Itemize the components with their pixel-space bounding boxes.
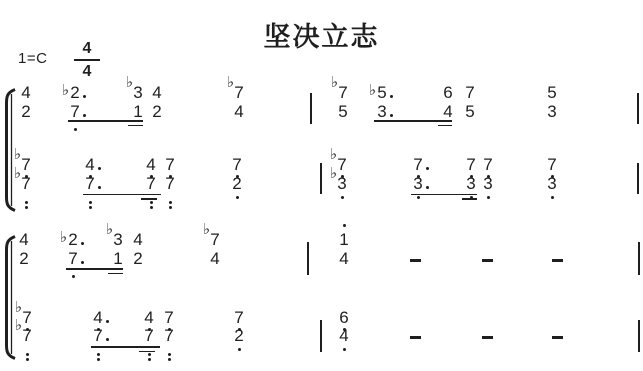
note: 7♭ bbox=[338, 84, 348, 101]
note: 7♭ bbox=[234, 84, 244, 101]
note: 4 bbox=[19, 231, 29, 248]
duration-dot bbox=[426, 167, 429, 170]
note: 4 bbox=[146, 156, 156, 173]
barline bbox=[307, 242, 309, 275]
note: 7 bbox=[144, 327, 154, 344]
octave-dot-low bbox=[168, 358, 171, 361]
flat-sign: ♭ bbox=[227, 75, 234, 90]
note: 4 bbox=[21, 84, 31, 101]
duration-dot bbox=[83, 95, 86, 98]
note: 5♭ bbox=[377, 84, 387, 101]
duration-dot bbox=[106, 320, 109, 323]
note: 7 bbox=[547, 156, 557, 173]
time-signature-numerator: 4 bbox=[74, 39, 100, 58]
note: 2 bbox=[133, 250, 143, 267]
beam-line bbox=[438, 125, 452, 127]
note: 7 bbox=[483, 156, 493, 173]
barline bbox=[638, 320, 640, 352]
duration-dot bbox=[390, 95, 393, 98]
note: 4 bbox=[234, 103, 244, 120]
note: 2♭ bbox=[68, 231, 78, 248]
flat-sign: ♭ bbox=[60, 230, 67, 245]
note: 7♭ bbox=[22, 309, 32, 326]
octave-dot-low bbox=[72, 275, 75, 278]
beam-line bbox=[462, 198, 477, 200]
octave-dot-high bbox=[343, 224, 346, 227]
note: 2 bbox=[232, 175, 242, 192]
key-signature: 1=C bbox=[18, 50, 47, 67]
octave-dot-low bbox=[343, 348, 346, 351]
note: 3♭ bbox=[337, 175, 347, 192]
note: 5 bbox=[338, 103, 348, 120]
time-signature: 4 4 bbox=[74, 39, 100, 81]
duration-dot bbox=[98, 167, 101, 170]
beam-line bbox=[139, 351, 155, 353]
octave-dot-low bbox=[26, 353, 29, 356]
note: 2 bbox=[21, 103, 31, 120]
duration-dot bbox=[83, 114, 86, 117]
note: 7 bbox=[165, 175, 175, 192]
octave-dot-low bbox=[169, 201, 172, 204]
note: 4 bbox=[144, 309, 154, 326]
beam-line bbox=[128, 125, 143, 127]
dash-rest bbox=[482, 259, 493, 262]
duration-dot bbox=[81, 261, 84, 264]
duration-dot bbox=[106, 338, 109, 341]
beam-line bbox=[108, 273, 123, 275]
duration-dot bbox=[98, 186, 101, 189]
note: 4 bbox=[133, 231, 143, 248]
barline bbox=[638, 242, 640, 275]
note: 7 bbox=[164, 309, 174, 326]
dash-rest bbox=[482, 336, 493, 339]
flat-sign: ♭ bbox=[369, 83, 376, 98]
note: 6 bbox=[443, 84, 453, 101]
octave-dot-low bbox=[74, 128, 77, 131]
time-signature-bar bbox=[74, 59, 100, 61]
note: 3 bbox=[413, 175, 423, 192]
flat-sign: ♭ bbox=[62, 83, 69, 98]
note: 5 bbox=[465, 103, 475, 120]
octave-dot-low bbox=[148, 353, 151, 356]
note: 1 bbox=[339, 231, 349, 248]
beam-line bbox=[91, 346, 160, 348]
note: 4 bbox=[152, 84, 162, 101]
note: 1 bbox=[133, 103, 143, 120]
note: 3 bbox=[547, 175, 557, 192]
note: 2♭ bbox=[70, 84, 80, 101]
octave-dot-low bbox=[26, 358, 29, 361]
note: 3 bbox=[483, 175, 493, 192]
flat-sign: ♭ bbox=[330, 166, 337, 181]
barline bbox=[310, 93, 312, 124]
note: 7 bbox=[234, 309, 244, 326]
dash-rest bbox=[410, 259, 421, 262]
note: 3 bbox=[547, 103, 557, 120]
note: 7 bbox=[466, 156, 476, 173]
note: 6 bbox=[339, 309, 349, 326]
barline bbox=[320, 320, 322, 352]
octave-dot-low bbox=[236, 196, 239, 199]
note: 4 bbox=[339, 327, 349, 344]
octave-dot-low bbox=[168, 353, 171, 356]
note: 7♭ bbox=[21, 175, 31, 192]
note: 3♭ bbox=[113, 231, 123, 248]
flat-sign: ♭ bbox=[15, 318, 22, 333]
octave-dot-low bbox=[25, 206, 28, 209]
flat-sign: ♭ bbox=[14, 147, 21, 162]
note: 4 bbox=[93, 309, 103, 326]
dash-rest bbox=[552, 336, 563, 339]
octave-dot-low bbox=[148, 358, 151, 361]
note: 2 bbox=[234, 327, 244, 344]
note: 7♭ bbox=[21, 156, 31, 173]
beam-line bbox=[411, 194, 477, 196]
barline bbox=[637, 163, 639, 194]
duration-dot bbox=[390, 114, 393, 117]
beam-line bbox=[374, 120, 452, 122]
note: 4 bbox=[339, 250, 349, 267]
duration-dot bbox=[426, 186, 429, 189]
note: 4 bbox=[443, 103, 453, 120]
dash-rest bbox=[410, 336, 421, 339]
octave-dot-low bbox=[238, 348, 241, 351]
duration-dot bbox=[81, 242, 84, 245]
flat-sign: ♭ bbox=[15, 300, 22, 315]
barline bbox=[637, 93, 639, 124]
note: 7 bbox=[413, 156, 423, 173]
octave-dot-low bbox=[150, 201, 153, 204]
flat-sign: ♭ bbox=[106, 222, 113, 237]
beam-line bbox=[83, 194, 161, 196]
note: 7 bbox=[68, 250, 78, 267]
note: 3 bbox=[466, 175, 476, 192]
flat-sign: ♭ bbox=[126, 75, 133, 90]
octave-dot-low bbox=[551, 196, 554, 199]
dash-rest bbox=[552, 259, 563, 262]
octave-dot-low bbox=[89, 201, 92, 204]
note: 7 bbox=[232, 156, 242, 173]
octave-dot-low bbox=[169, 206, 172, 209]
octave-dot-low bbox=[89, 206, 92, 209]
note: 7♭ bbox=[337, 156, 347, 173]
note: 7 bbox=[70, 103, 80, 120]
note: 4 bbox=[85, 156, 95, 173]
beam-line bbox=[68, 120, 143, 122]
score-sheet: 坚决立志 1=C 4 4 422♭73♭1427♭47♭55♭36475537♭… bbox=[0, 0, 643, 371]
note: 3 bbox=[377, 103, 387, 120]
note: 2 bbox=[19, 250, 29, 267]
octave-dot-low bbox=[417, 196, 420, 199]
note: 7 bbox=[465, 84, 475, 101]
flat-sign: ♭ bbox=[330, 147, 337, 162]
flat-sign: ♭ bbox=[331, 75, 338, 90]
note: 4 bbox=[210, 250, 220, 267]
note: 7 bbox=[85, 175, 95, 192]
octave-dot-low bbox=[97, 358, 100, 361]
note: 7♭ bbox=[22, 327, 32, 344]
note: 1 bbox=[113, 250, 123, 267]
octave-dot-low bbox=[97, 353, 100, 356]
flat-sign: ♭ bbox=[203, 222, 210, 237]
octave-dot-low bbox=[25, 201, 28, 204]
note: 3♭ bbox=[133, 84, 143, 101]
octave-dot-low bbox=[341, 196, 344, 199]
time-signature-denominator: 4 bbox=[74, 62, 100, 81]
note: 7 bbox=[93, 327, 103, 344]
octave-dot-low bbox=[487, 196, 490, 199]
note: 2 bbox=[152, 103, 162, 120]
barline bbox=[320, 163, 322, 194]
note: 5 bbox=[547, 84, 557, 101]
note: 7 bbox=[146, 175, 156, 192]
beam-line bbox=[141, 198, 157, 200]
beam-line bbox=[66, 268, 123, 270]
flat-sign: ♭ bbox=[14, 166, 21, 181]
note: 7 bbox=[164, 327, 174, 344]
note: 7♭ bbox=[210, 231, 220, 248]
note: 7 bbox=[165, 156, 175, 173]
octave-dot-low bbox=[150, 206, 153, 209]
